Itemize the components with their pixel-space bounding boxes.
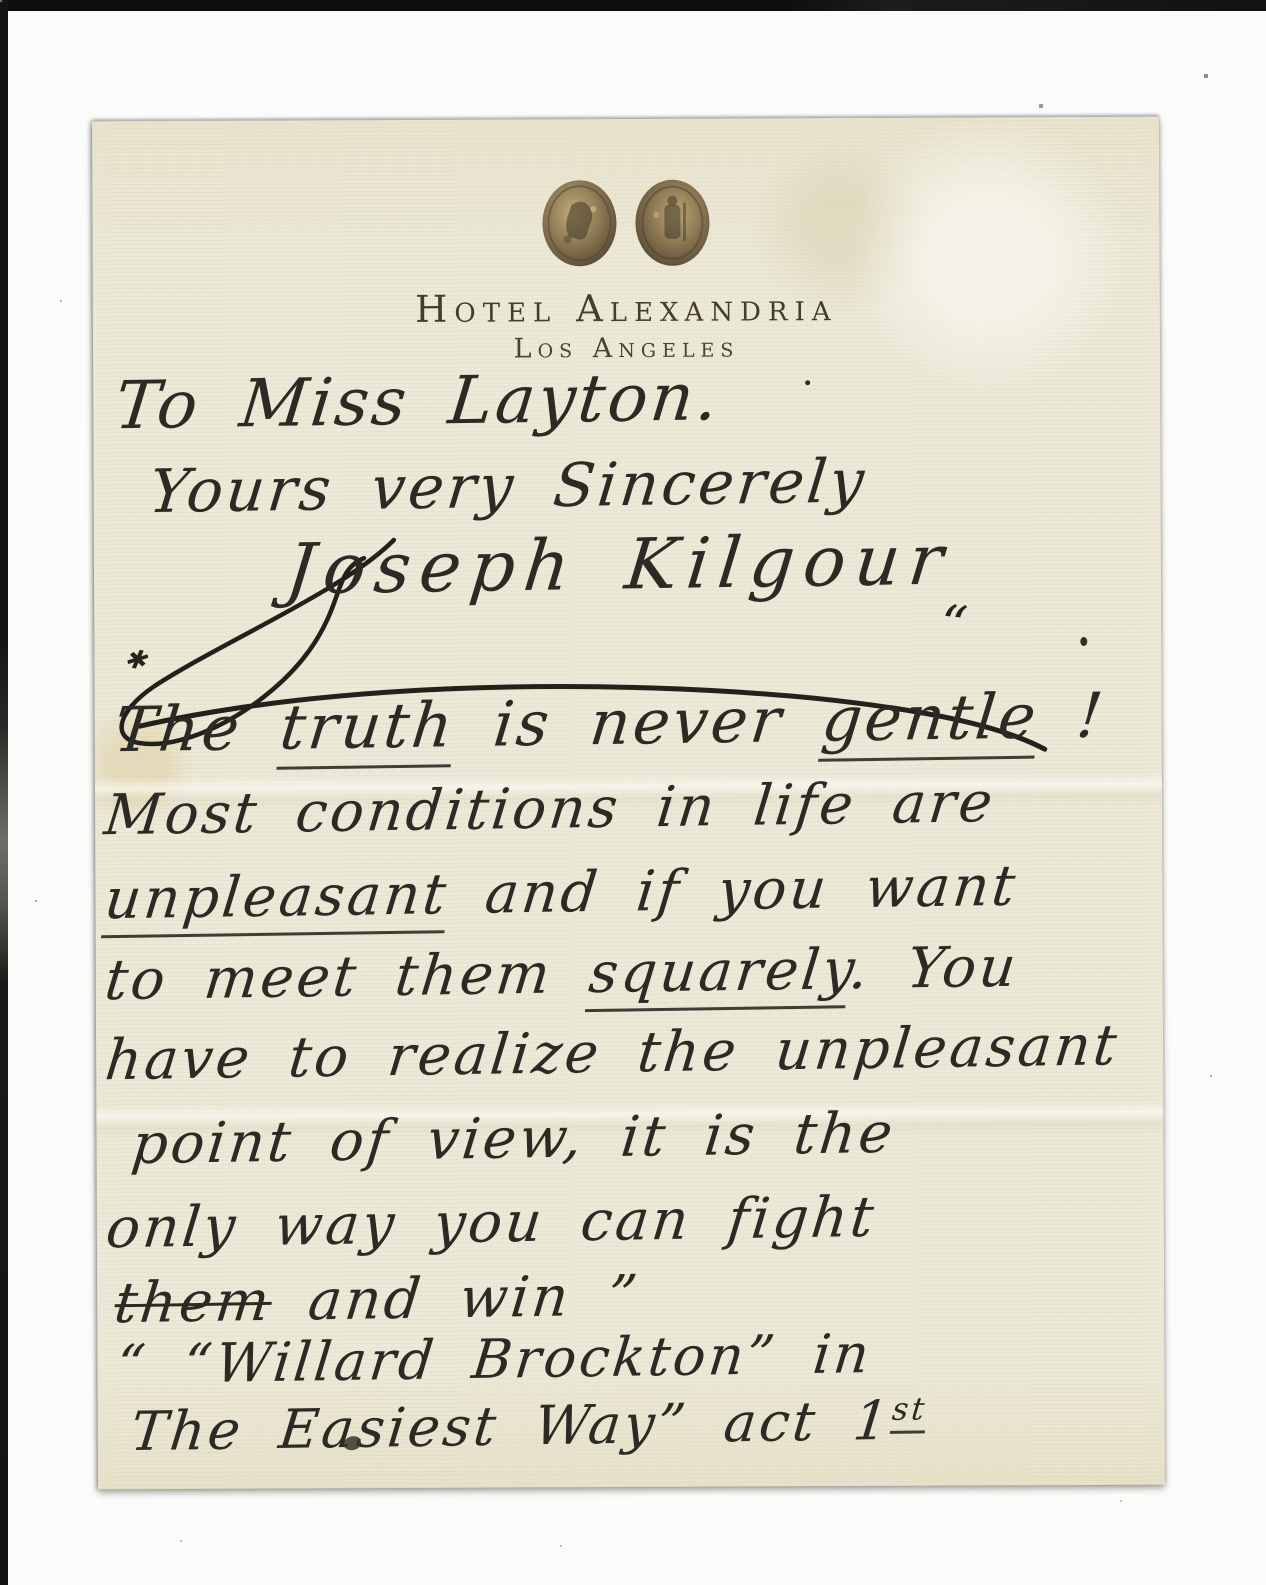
closing-line: Yours very Sincerely	[146, 446, 870, 527]
handwritten-quote-line: The truth is never gentle !	[111, 679, 1109, 767]
handwritten-quote-line: Most conditions in life are	[101, 770, 998, 848]
standing-figure-coin-icon	[634, 179, 710, 267]
handwriting-segment: To Miss Layton.	[111, 358, 724, 444]
handwritten-quote-line: have to realize the unpleasant	[102, 1013, 1122, 1093]
handwritten-quote-line: them and win ”	[111, 1263, 643, 1336]
scan-dust-speckles	[0, 0, 2, 2]
handwriting-segment: Joseph Kilgour	[282, 519, 956, 611]
handwriting-segment: “ “Willard Brockton” in	[114, 1322, 875, 1396]
handwriting-segment: !	[1034, 679, 1109, 753]
handwriting-segment: to meet them	[102, 941, 593, 1013]
handwriting-segment: and win ”	[268, 1263, 643, 1333]
classical-head-coin-icon	[541, 179, 617, 267]
salutation-line: To Miss Layton.	[111, 358, 724, 444]
handwriting-segment: is never	[451, 683, 826, 761]
letter-paper: Hotel Alexandria Los Angeles To Miss Lay…	[92, 117, 1165, 1490]
handwriting-segment: The	[111, 691, 285, 766]
attribution-line: The Easiest Way” act 1st	[128, 1388, 929, 1463]
handwriting-segment: have to realize the unpleasant	[102, 1013, 1122, 1093]
handwriting-segment: . You	[846, 935, 1022, 1003]
handwritten-quote-line: only way you can fight	[103, 1185, 880, 1261]
scan-edge-left	[0, 0, 8, 1585]
signature-line: Joseph Kilgour	[282, 519, 956, 611]
scan-edge-top	[0, 0, 1266, 11]
scanned-letter-page: Hotel Alexandria Los Angeles To Miss Lay…	[0, 0, 1266, 1585]
handwriting-segment: Yours very Sincerely	[146, 446, 870, 527]
handwriting-segment: squarely	[585, 937, 853, 1012]
handwriting-segment: them	[111, 1269, 275, 1336]
handwriting-segment: truth	[276, 688, 459, 770]
handwriting-segment: and if you want	[445, 854, 1021, 927]
stray-ink-dot	[805, 380, 810, 385]
handwriting-segment: only way you can fight	[103, 1185, 880, 1261]
attribution-line: “ “Willard Brockton” in	[114, 1322, 875, 1396]
handwritten-body: To Miss Layton.Yours very SincerelyJosep…	[92, 117, 1159, 122]
handwriting-segment: st	[890, 1391, 929, 1434]
ink-blot-mark: ✱	[122, 644, 149, 677]
quote-ink-mark: “	[937, 594, 969, 656]
handwriting-segment: gentle	[818, 680, 1043, 762]
handwritten-quote-line: point of view, it is the	[129, 1101, 899, 1177]
handwriting-segment: point of view, it is the	[129, 1101, 899, 1177]
handwriting-segment: unpleasant	[101, 862, 452, 938]
letterhead-hotel-name: Hotel Alexandria	[93, 285, 1160, 333]
letterhead-medallions	[92, 177, 1159, 270]
ink-speck	[1080, 637, 1087, 646]
handwriting-segment: The Easiest Way” act 1	[128, 1389, 895, 1463]
handwriting-segment: Most conditions in life are	[101, 770, 998, 848]
handwritten-quote-line: unpleasant and if you want	[102, 854, 1022, 933]
handwritten-quote-line: to meet them squarely. You	[102, 935, 1022, 1014]
